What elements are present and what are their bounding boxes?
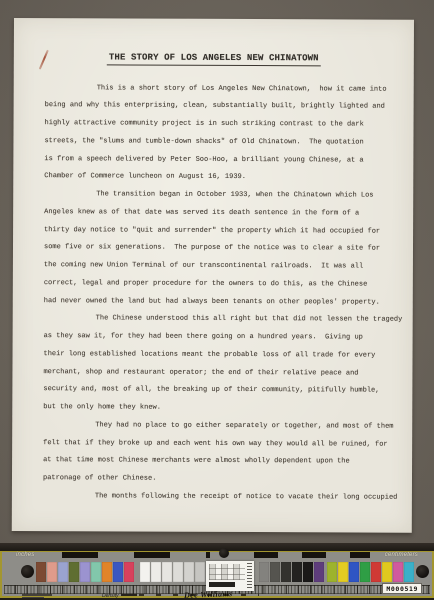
text-line: The transition began in October 1933, wh… bbox=[44, 186, 393, 205]
text-line: correct, legal and proper procedure for … bbox=[44, 275, 393, 294]
color-patch bbox=[58, 562, 68, 582]
scan-background: THE STORY OF LOS ANGELES NEW CHINATOWN T… bbox=[0, 0, 434, 600]
resolution-target bbox=[206, 561, 254, 591]
photographer-signature: Dee Williams bbox=[184, 589, 233, 600]
color-patch bbox=[327, 562, 337, 582]
registration-dot-icon bbox=[416, 565, 429, 578]
text-line: merchant, shop and restaurant operator; … bbox=[43, 364, 392, 383]
color-patch bbox=[69, 562, 79, 582]
color-patch bbox=[162, 562, 172, 582]
text-line: thirty day notice to "quit and surrender… bbox=[44, 222, 393, 241]
text-line: the coming new Union Terminal of our tra… bbox=[44, 257, 393, 276]
color-patch bbox=[292, 562, 302, 582]
text-line: at that time most Chinese merchants were… bbox=[43, 452, 392, 471]
paragraph: The transition began in October 1933, wh… bbox=[44, 186, 394, 312]
color-patch bbox=[36, 562, 46, 582]
text-line: felt that if they broke up and each went… bbox=[43, 435, 392, 454]
color-patch bbox=[113, 562, 123, 582]
color-patch bbox=[303, 562, 313, 582]
patch-group-left bbox=[36, 562, 135, 582]
pencil-mark bbox=[39, 50, 49, 70]
color-patch bbox=[195, 562, 205, 582]
color-patch bbox=[124, 562, 134, 582]
paragraph: The months following the receipt of noti… bbox=[43, 488, 392, 507]
color-patch bbox=[102, 562, 112, 582]
color-patch bbox=[382, 562, 392, 582]
inch-ruler-segments bbox=[62, 552, 210, 558]
calibration-bar: inches centimeters Density bbox=[0, 543, 434, 600]
text-line: being and why this enterprising, clean, … bbox=[45, 97, 394, 116]
patch-group-dark bbox=[259, 562, 325, 582]
text-line: their long established locations meant t… bbox=[43, 346, 392, 365]
document-body: This is a short story of Los Angeles New… bbox=[43, 80, 394, 508]
color-patch bbox=[314, 562, 324, 582]
text-line: patronage of other Chinese. bbox=[43, 470, 392, 489]
color-patch bbox=[80, 562, 90, 582]
resolution-black-bar bbox=[209, 582, 235, 587]
density-label: Density bbox=[102, 593, 119, 599]
resolution-grid bbox=[209, 564, 245, 580]
page-title: THE STORY OF LOS ANGELES NEW CHINATOWN bbox=[107, 52, 321, 65]
registration-dot-icon bbox=[21, 565, 34, 578]
patch-group-grayscale bbox=[140, 562, 206, 582]
color-patch bbox=[349, 562, 359, 582]
text-line: highly attractive community project is i… bbox=[44, 115, 393, 134]
color-patch bbox=[140, 562, 150, 582]
inches-label: inches bbox=[16, 552, 35, 558]
text-line: some five or six generations. The purpos… bbox=[44, 239, 393, 258]
color-patch bbox=[270, 562, 280, 582]
document-page: THE STORY OF LOS ANGELES NEW CHINATOWN T… bbox=[12, 18, 414, 533]
color-patch bbox=[404, 562, 414, 582]
density-scale: Density bbox=[102, 593, 259, 599]
calibration-bar-body: inches centimeters Density bbox=[0, 551, 434, 598]
text-line: The Chinese understood this all right bu… bbox=[44, 310, 393, 329]
color-patch bbox=[91, 562, 101, 582]
ruler-top: inches centimeters bbox=[2, 552, 432, 559]
paragraph: They had no place to go either separatel… bbox=[43, 417, 392, 490]
color-patch bbox=[281, 562, 291, 582]
arrow-icon bbox=[121, 594, 137, 595]
color-patch bbox=[259, 562, 269, 582]
text-line: Angeles knew as of that date was served … bbox=[44, 204, 393, 223]
color-patch bbox=[360, 562, 370, 582]
color-patch bbox=[184, 562, 194, 582]
color-patch bbox=[151, 562, 161, 582]
text-line: but the only home they knew. bbox=[43, 399, 392, 418]
registration-dot-icon bbox=[219, 548, 229, 558]
text-line: The months following the receipt of noti… bbox=[43, 488, 392, 507]
fine-print bbox=[22, 594, 52, 599]
text-line: This is a short story of Los Angeles New… bbox=[45, 80, 394, 99]
text-line: They had no place to go either separatel… bbox=[43, 417, 392, 436]
color-patch bbox=[173, 562, 183, 582]
color-patch-row bbox=[2, 562, 432, 584]
text-line: as they saw it, for they had been there … bbox=[44, 328, 393, 347]
calibration-bar-shadow-strip bbox=[0, 543, 434, 551]
paragraph: The Chinese understood this all right bu… bbox=[43, 310, 392, 418]
color-patch bbox=[47, 562, 57, 582]
resolution-numbers bbox=[247, 563, 252, 588]
text-line: security and, most of all, the breaking … bbox=[43, 381, 392, 400]
text-line: streets, the "slums and tumble-down shac… bbox=[44, 133, 393, 152]
centimeter-ruler-segments bbox=[254, 552, 370, 558]
centimeters-label: centimeters bbox=[385, 552, 418, 558]
text-line: Chamber of Commerce luncheon on August 1… bbox=[44, 168, 393, 187]
paragraph: This is a short story of Los Angeles New… bbox=[44, 80, 393, 188]
text-line: is from a speech delivered by Peter Soo-… bbox=[44, 151, 393, 170]
id-label: M000519 bbox=[382, 583, 422, 594]
patch-group-bright bbox=[327, 562, 415, 582]
color-patch bbox=[338, 562, 348, 582]
text-line: had never owned the land but had always … bbox=[44, 293, 393, 312]
color-patch bbox=[393, 562, 403, 582]
color-patch bbox=[371, 562, 381, 582]
